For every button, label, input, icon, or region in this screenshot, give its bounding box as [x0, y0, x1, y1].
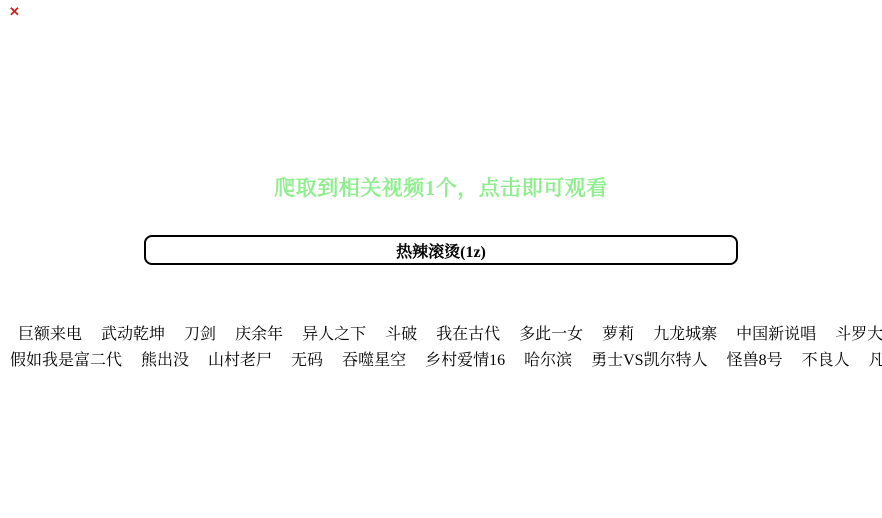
hot-link[interactable]: 九龙城寨	[653, 322, 717, 348]
hot-links-row-2: 假如我是富二代熊出没山村老尸无码吞噬星空乡村爱情16哈尔滨勇士VS凯尔特人怪兽8…	[0, 348, 882, 374]
crawl-result-heading: 爬取到相关视频1个，点击即可观看	[0, 172, 882, 202]
hot-links-row-1: 巨额来电武动乾坤刀剑庆余年异人之下斗破我在古代多此一女萝莉九龙城寨中国新说唱斗罗…	[0, 322, 882, 348]
hot-links-section: 巨额来电武动乾坤刀剑庆余年异人之下斗破我在古代多此一女萝莉九龙城寨中国新说唱斗罗…	[0, 322, 882, 374]
hot-link[interactable]: 巨额来电	[18, 322, 82, 348]
hot-link[interactable]: 乡村爱情16	[425, 348, 505, 374]
hot-link[interactable]: 哈尔滨	[524, 348, 572, 374]
hot-link[interactable]: 凡人	[869, 348, 882, 374]
hot-link[interactable]: 萝莉	[602, 322, 634, 348]
hot-link[interactable]: 我在古代	[436, 322, 500, 348]
hot-link[interactable]: 吞噬星空	[342, 348, 406, 374]
broken-image-icon: ✕	[9, 5, 20, 18]
hot-link[interactable]: 熊出没	[141, 348, 189, 374]
hot-link[interactable]: 斗破	[385, 322, 417, 348]
video-result-button[interactable]: 热辣滚烫(1z)	[144, 235, 738, 265]
hot-link[interactable]: 勇士VS凯尔特人	[591, 348, 707, 374]
hot-link[interactable]: 无码	[291, 348, 323, 374]
hot-link[interactable]: 山村老尸	[208, 348, 272, 374]
hot-link[interactable]: 中国新说唱	[736, 322, 816, 348]
hot-link[interactable]: 怪兽8号	[727, 348, 783, 374]
hot-link[interactable]: 武动乾坤	[101, 322, 165, 348]
hot-link[interactable]: 异人之下	[302, 322, 366, 348]
hot-link[interactable]: 斗罗大陆	[835, 322, 882, 348]
page: ✕ 爬取到相关视频1个，点击即可观看 热辣滚烫(1z) 巨额来电武动乾坤刀剑庆余…	[0, 0, 882, 518]
hot-link[interactable]: 多此一女	[519, 322, 583, 348]
hot-link[interactable]: 不良人	[802, 348, 850, 374]
hot-link[interactable]: 假如我是富二代	[10, 348, 122, 374]
hot-link[interactable]: 刀剑	[184, 322, 216, 348]
hot-link[interactable]: 庆余年	[235, 322, 283, 348]
